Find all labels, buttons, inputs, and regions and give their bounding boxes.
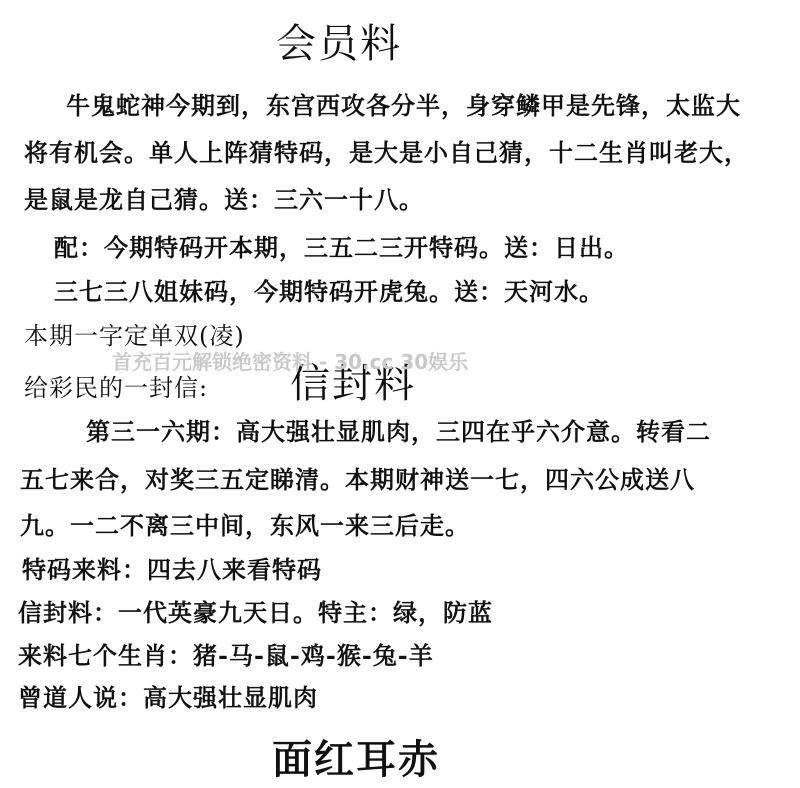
section-title-red-face: 面红耳赤 bbox=[272, 728, 440, 785]
info-item: 特码来料：四去八来看特码 bbox=[22, 550, 322, 585]
info-item: 信封料：一代英豪九天日。特主：绿，防蓝 bbox=[18, 593, 493, 628]
paragraph-line: 第三一六期：高大强壮显肌肉，三四在乎六介意。转看二 bbox=[86, 412, 711, 447]
paragraph-line: 牛鬼蛇神今期到，东宫西攻各分半，身穿鳞甲是先锋，太监大 bbox=[66, 86, 741, 121]
pei-line: 配：今期特码开本期，三五二三开特码。送：日出。 bbox=[54, 228, 629, 263]
section-title-member: 会员料 bbox=[276, 12, 402, 69]
watermark: 首充百元解锁绝密资料 - 30.cc 30娱乐 bbox=[112, 346, 468, 375]
paragraph-line: 九。一二不离三中间，东风一来三后走。 bbox=[20, 506, 470, 541]
paragraph-line: 将有机会。单人上阵猜特码，是大是小自己猜，十二生肖叫老大， bbox=[24, 133, 749, 168]
info-item: 曾道人说：高大强壮显肌肉 bbox=[18, 678, 318, 713]
paragraph-line: 是鼠是龙自己猜。送：三六一十八。 bbox=[24, 180, 424, 215]
info-item: 来料七个生肖：猪-马-鼠-鸡-猴-兔-羊 bbox=[18, 636, 434, 671]
sister-code-line: 三七三八姐妹码，今期特码开虎兔。送：天河水。 bbox=[54, 272, 604, 307]
paragraph-line: 五七来合，对奖三五定睇清。本期财神送一七，四六公成送八 bbox=[20, 460, 695, 495]
